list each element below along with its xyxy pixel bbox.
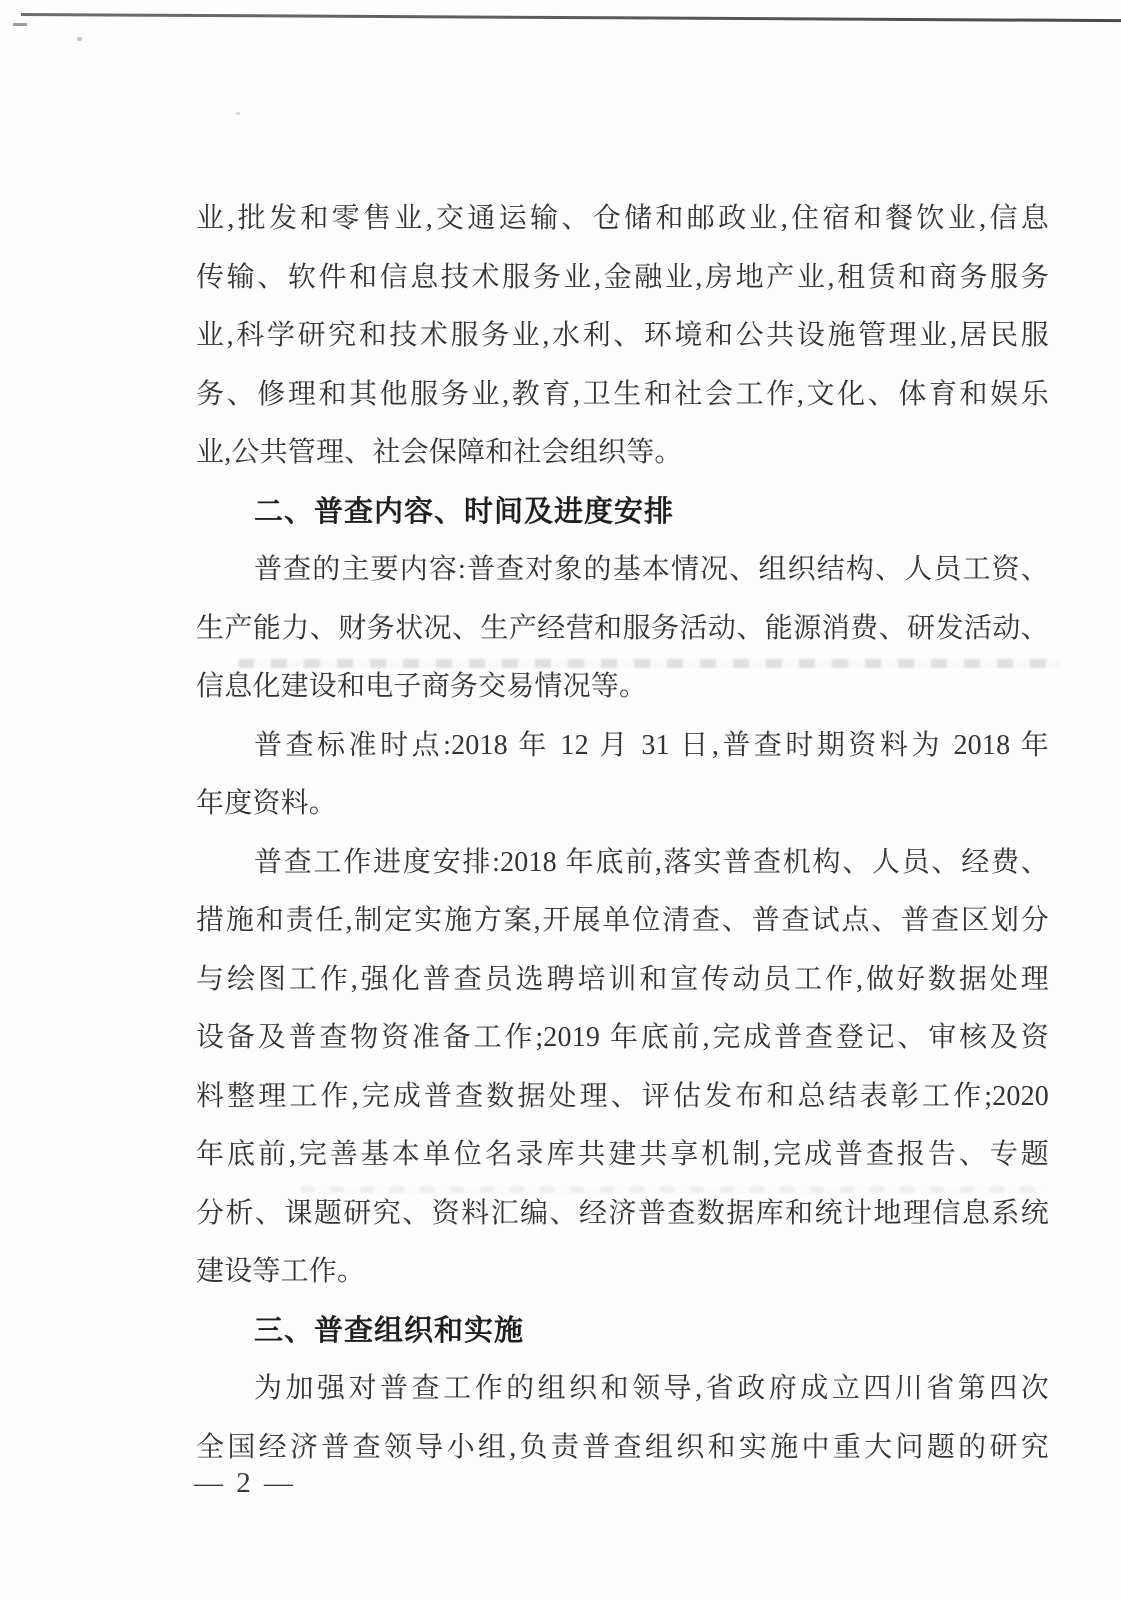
scan-speck	[77, 37, 82, 41]
text-line: 业,科学研究和技术服务业,水利、环境和公共设施管理业,居民服	[196, 307, 1049, 366]
text-line: 普查工作进度安排:2018 年底前,落实普查机构、人员、经费、	[196, 834, 1049, 893]
text-line: 普查的主要内容:普查对象的基本情况、组织结构、人员工资、	[196, 541, 1049, 600]
text-line: 业,公共管理、社会保障和社会组织等。	[196, 424, 1049, 483]
text-line: 与绘图工作,强化普查员选聘培训和宣传动员工作,做好数据处理	[196, 951, 1049, 1010]
text-line: 分析、课题研究、资料汇编、经济普查数据库和统计地理信息系统	[196, 1185, 1049, 1244]
section-heading: 三、普查组织和实施	[196, 1302, 1049, 1361]
document-page: 业,批发和零售业,交通运输、仓储和邮政业,住宿和餐饮业,信息 传输、软件和信息技…	[0, 0, 1121, 1600]
scan-edge-tick	[13, 23, 27, 26]
text-line: 年底前,完善基本单位名录库共建共享机制,完成普查报告、专题	[196, 1126, 1049, 1185]
scan-speck	[236, 112, 240, 115]
text-line: 业,批发和零售业,交通运输、仓储和邮政业,住宿和餐饮业,信息	[196, 190, 1049, 249]
text-line: 普查标准时点:2018 年 12 月 31 日,普查时期资料为 2018 年	[196, 717, 1049, 776]
section-heading: 二、普查内容、时间及进度安排	[196, 483, 1049, 542]
text-line: 信息化建设和电子商务交易情况等。	[196, 658, 1049, 717]
page-number: — 2 —	[194, 1466, 296, 1500]
scan-edge-line	[21, 13, 1121, 22]
text-line: 措施和责任,制定实施方案,开展单位清查、普查试点、普查区划分	[196, 892, 1049, 951]
text-line: 建设等工作。	[196, 1243, 1049, 1302]
text-line: 生产能力、财务状况、生产经营和服务活动、能源消费、研发活动、	[196, 600, 1049, 659]
text-line: 年度资料。	[196, 775, 1049, 834]
text-line: 为加强对普查工作的组织和领导,省政府成立四川省第四次	[196, 1360, 1049, 1419]
text-line: 设备及普查物资准备工作;2019 年底前,完成普查登记、审核及资	[196, 1009, 1049, 1068]
text-line: 务、修理和其他服务业,教育,卫生和社会工作,文化、体育和娱乐	[196, 366, 1049, 425]
text-line: 料整理工作,完成普查数据处理、评估发布和总结表彰工作;2020	[196, 1068, 1049, 1127]
text-line: 全国经济普查领导小组,负责普查组织和实施中重大问题的研究	[196, 1419, 1049, 1478]
document-body: 业,批发和零售业,交通运输、仓储和邮政业,住宿和餐饮业,信息 传输、软件和信息技…	[196, 190, 1049, 1477]
text-line: 传输、软件和信息技术服务业,金融业,房地产业,租赁和商务服务	[196, 249, 1049, 308]
